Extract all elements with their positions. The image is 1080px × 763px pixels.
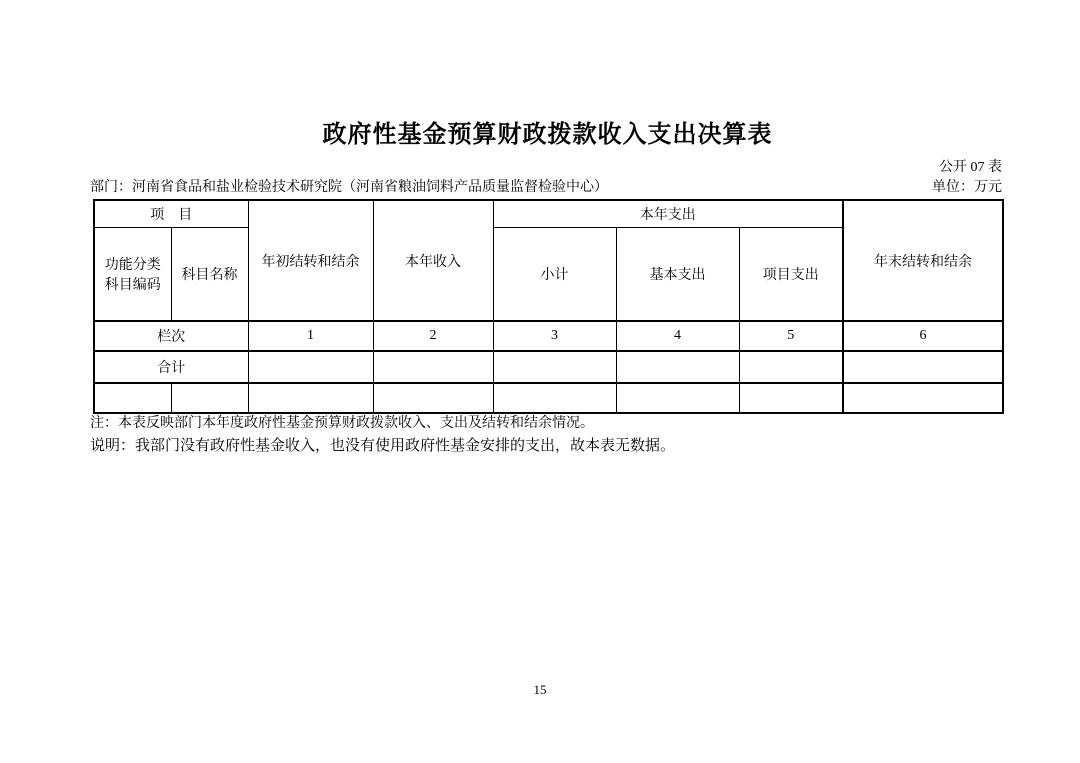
table-explanation: 说明：我部门没有政府性基金收入，也没有使用政府性基金安排的支出，故本表无数据。 [90, 436, 675, 456]
total-label: 合计 [94, 351, 248, 383]
total-cell-6 [843, 351, 1003, 383]
department-label: 部门：河南省食品和盐业检验技术研究院（河南省粮油饲料产品质量监督检验中心） [90, 179, 608, 197]
total-cell-1 [248, 351, 373, 383]
header-project: 项 目 [94, 200, 248, 227]
header-subtotal: 小计 [493, 227, 616, 321]
table-code-label: 公开 07 表 [93, 159, 1002, 177]
unit-label: 单位：万元 [932, 179, 1002, 197]
header-begin-balance: 年初结转和结余 [248, 200, 373, 321]
col-index-3: 3 [493, 321, 616, 351]
col-index-2: 2 [373, 321, 493, 351]
total-cell-3 [493, 351, 616, 383]
budget-table: 项 目 年初结转和结余 本年收入 本年支出 年末结转和结余 功能分类 科目编码 … [93, 199, 1004, 414]
col-index-1: 1 [248, 321, 373, 351]
empty-cell-6 [843, 383, 1003, 413]
header-subject-name: 科目名称 [171, 227, 248, 321]
header-basic-expense: 基本支出 [616, 227, 739, 321]
column-index-row: 栏次 1 2 3 4 5 6 [94, 321, 1003, 351]
page-number: 15 [0, 682, 1080, 698]
header-project-expense: 项目支出 [739, 227, 843, 321]
total-cell-2 [373, 351, 493, 383]
total-row: 合计 [94, 351, 1003, 383]
col-index-5: 5 [739, 321, 843, 351]
lanci-label: 栏次 [94, 321, 248, 351]
document-page: 政府性基金预算财政拨款收入支出决算表 公开 07 表 部门：河南省食品和盐业检验… [0, 0, 1080, 763]
meta-line: 部门：河南省食品和盐业检验技术研究院（河南省粮油饲料产品质量监督检验中心） 单位… [90, 179, 1002, 197]
page-title: 政府性基金预算财政拨款收入支出决算表 [93, 120, 1002, 150]
empty-cell-2 [373, 383, 493, 413]
empty-name-cell [171, 383, 248, 413]
col-index-4: 4 [616, 321, 739, 351]
total-cell-5 [739, 351, 843, 383]
table-note: 注：本表反映部门本年度政府性基金预算财政拨款收入、支出及结转和结余情况。 [90, 414, 594, 433]
header-year-expense: 本年支出 [493, 200, 843, 227]
col-index-6: 6 [843, 321, 1003, 351]
header-func-code: 功能分类 科目编码 [94, 227, 171, 321]
total-cell-4 [616, 351, 739, 383]
empty-cell-3 [493, 383, 616, 413]
empty-cell-5 [739, 383, 843, 413]
header-year-income: 本年收入 [373, 200, 493, 321]
empty-data-row [94, 383, 1003, 413]
empty-cell-4 [616, 383, 739, 413]
empty-cell-1 [248, 383, 373, 413]
empty-code-cell [94, 383, 171, 413]
header-end-balance: 年末结转和结余 [843, 200, 1003, 321]
